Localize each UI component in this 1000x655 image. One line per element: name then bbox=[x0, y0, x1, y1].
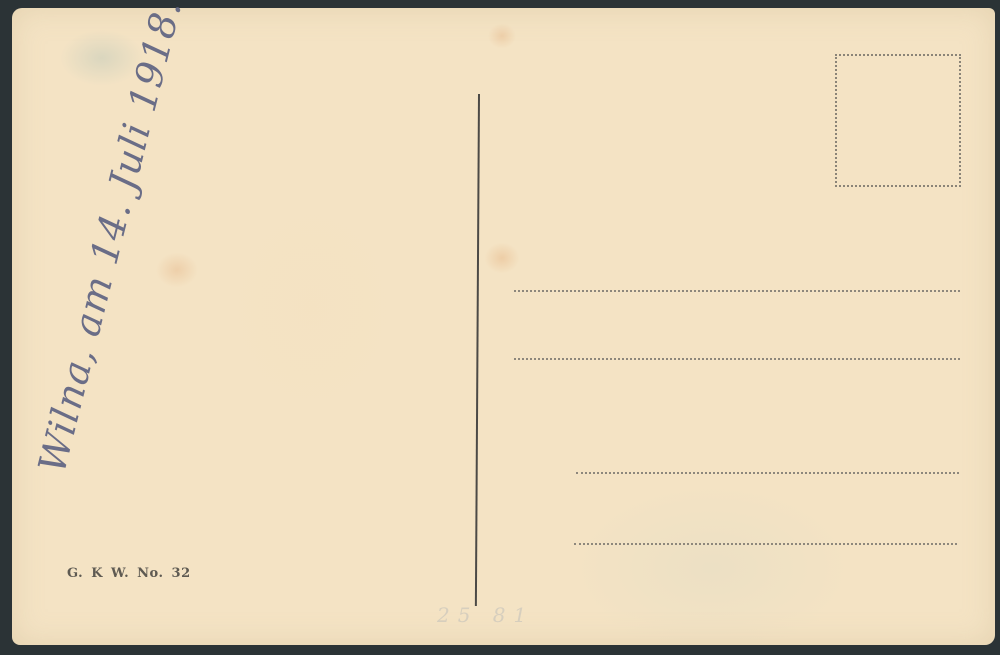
address-line-2 bbox=[514, 358, 960, 360]
address-line-4 bbox=[574, 543, 957, 545]
faint-pencil-marks: 25 81 bbox=[437, 603, 534, 627]
handwritten-text: Wilna, am 14. Juli 1918. bbox=[30, 0, 190, 477]
address-line-1 bbox=[514, 290, 960, 292]
publisher-mark: G. K W. No. 32 bbox=[67, 566, 191, 581]
stamp-placeholder-box bbox=[835, 54, 961, 187]
address-line-3 bbox=[576, 472, 959, 474]
